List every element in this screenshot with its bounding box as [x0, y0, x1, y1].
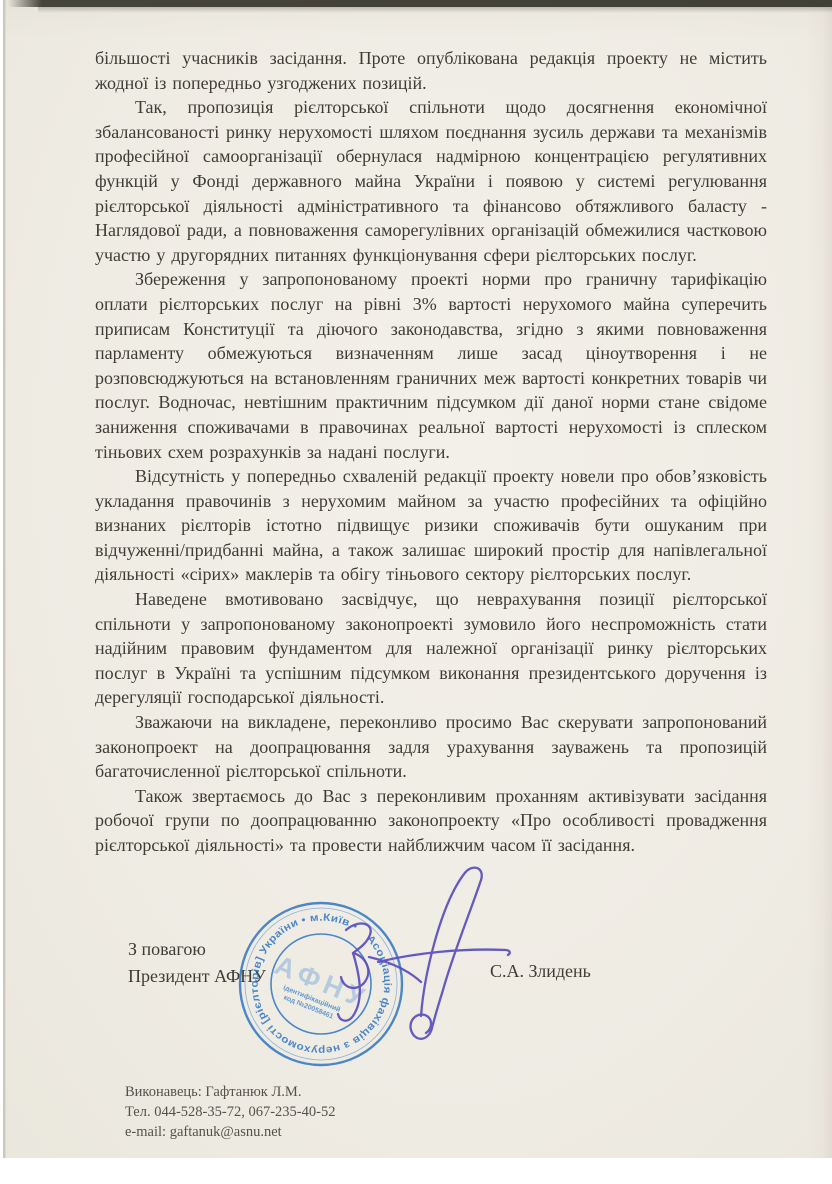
signature-stroke-connector [369, 957, 421, 982]
signature-stroke-flourish [378, 950, 510, 962]
scan-edge-artifact [8, 0, 832, 7]
signature-stroke-initial [341, 924, 371, 988]
paragraph-5: Наведене вмотивовано засвідчує, що невра… [95, 587, 767, 710]
executor-name: Виконавець: Гафтанюк Л.М. [125, 1082, 335, 1102]
paragraph-2: Так, пропозиція рієлторської спільноти щ… [95, 95, 767, 267]
executor-info: Виконавець: Гафтанюк Л.М. Тел. 044-528-3… [125, 1082, 335, 1142]
scanned-letter-page: більшості учасників засідання. Проте опу… [0, 0, 832, 1158]
paragraph-7: Також звертаємось до Вас з переконливим … [95, 784, 767, 858]
paragraph-4: Відсутність у попередньо схваленій редак… [95, 464, 767, 587]
paragraph-1: більшості учасників засідання. Проте опу… [95, 46, 767, 95]
executor-email: e-mail: gaftanuk@asnu.net [125, 1122, 335, 1142]
signature-ink [320, 858, 580, 1058]
paragraph-3: Збереження у запропонованому проекті нор… [95, 267, 767, 464]
executor-phone: Тел. 044-528-35-72, 067-235-40-52 [125, 1102, 335, 1122]
paragraph-6: Зважаючи на викладене, переконливо проси… [95, 710, 767, 784]
letter-body: більшості учасників засідання. Проте опу… [95, 46, 767, 858]
